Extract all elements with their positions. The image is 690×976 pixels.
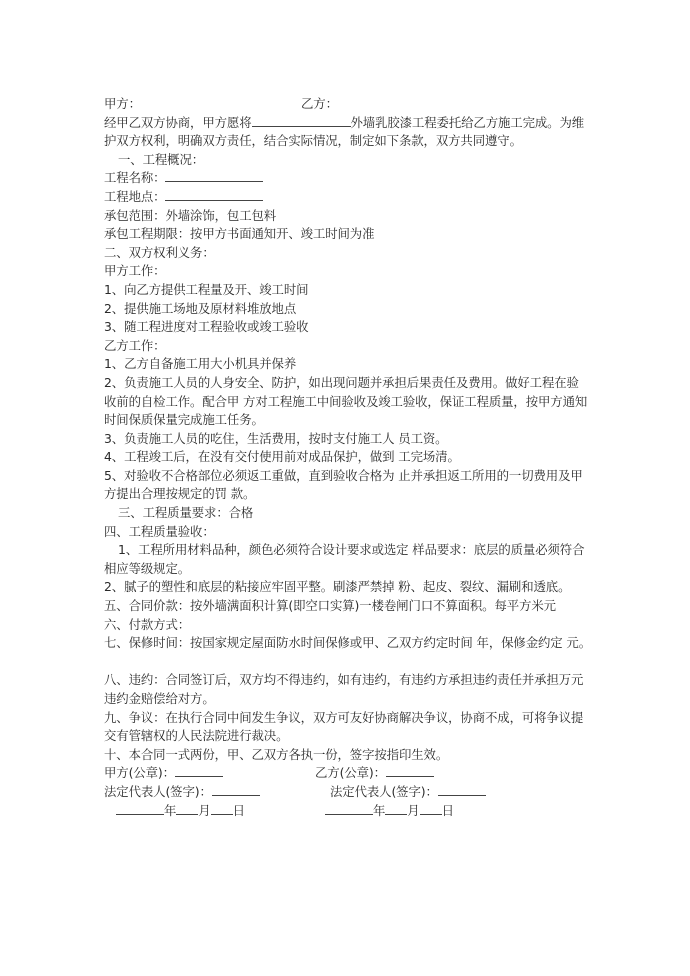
project-blank[interactable] [252, 114, 351, 127]
party-a-item: 1、向乙方提供工程量及开、竣工时间 [104, 281, 604, 300]
section-8-line: 八、违约：合同签订后，双方均不得违约，如有违约，有违约方承担违约责任并承担万元 [104, 671, 604, 690]
month-b-blank[interactable] [385, 802, 407, 815]
section-3-title: 三、工程质量要求：合格 [104, 504, 604, 523]
party-b-line: 2、负责施工人员的人身安全、防护，如出现问题并承担后果责任及费用。做好工程在验 [104, 374, 604, 393]
intro-line-2: 护双方权利，明确双方责任，结合实际情况，制定如下条款，双方共同遵守。 [104, 132, 604, 151]
party-b-seal-blank[interactable] [386, 764, 434, 777]
legal-rep-b-blank[interactable] [438, 783, 486, 796]
seal-row: 甲方(公章)： 乙方(公章)： [104, 764, 604, 783]
scope-line: 承包范围：外墙涂饰，包工包料 [104, 207, 604, 226]
project-location-row: 工程地点： [104, 188, 604, 207]
party-b-line: 4、工程竣工后，在没有交付使用前对成品保护，做到 工完场清。 [104, 448, 604, 467]
party-b-seal-label: 乙方(公章)： [315, 765, 386, 780]
year-b-blank[interactable] [325, 802, 373, 815]
section-9-line: 九、争议：在执行合同中间发生争议，双方可友好协商解决争议，协商不成，可将争议提 [104, 709, 604, 728]
party-a-seal-blank[interactable] [175, 764, 223, 777]
project-location-blank[interactable] [165, 188, 263, 201]
party-b-line: 3、负责施工人员的吃住，生活费用，按时支付施工人 员工资。 [104, 430, 604, 449]
intro-line-1: 经甲乙双方协商，甲方愿将外墙乳胶漆工程委托给乙方施工完成。为维 [104, 114, 604, 133]
party-b-label: 乙方： [301, 95, 338, 114]
contract-document: 甲方： 乙方： 经甲乙双方协商，甲方愿将外墙乳胶漆工程委托给乙方施工完成。为维 … [104, 95, 604, 820]
section-2-title: 二、双方权利义务： [104, 244, 604, 263]
party-a-item: 2、提供施工场地及原材料堆放地点 [104, 300, 604, 319]
intro-text: 经甲乙双方协商，甲方愿将 [104, 115, 252, 130]
party-b-line: 1、乙方自备施工用大小机具并保养 [104, 355, 604, 374]
project-name-row: 工程名称： [104, 169, 604, 188]
section-6: 六、付款方式： [104, 616, 604, 635]
party-b-line: 方提出合理按规定的罚 款。 [104, 485, 604, 504]
month-a-label: 月 [198, 803, 210, 818]
party-b-line: 收前的自检工作。配合甲 方对工程施工中间验收及竣工验收，保证工程质量，按甲方通知 [104, 393, 604, 412]
legal-rep-row: 法定代表人(签字)： 法定代表人(签字)： [104, 783, 604, 802]
party-b-line: 5、对验收不合格部位必须返工重做，直到验收合格为 止并承担返工所用的一切费用及甲 [104, 467, 604, 486]
project-location-label: 工程地点： [104, 189, 165, 204]
legal-rep-a-label: 法定代表人(签字)： [104, 784, 212, 799]
day-a-blank[interactable] [211, 802, 233, 815]
section-4-title: 四、工程质量验收： [104, 523, 604, 542]
section-7: 七、保修时间：按国家规定屋面防水时间保修或甲、乙双方约定时间 年，保修金约定 元… [104, 634, 604, 653]
section-1-title: 一、工程概况： [104, 151, 604, 170]
year-b-label: 年 [373, 803, 385, 818]
legal-rep-a-blank[interactable] [212, 783, 260, 796]
section-9-line: 交有管辖权的人民法院进行裁决。 [104, 727, 604, 746]
section-4-line: 1、工程所用材料品种，颜色必须符合设计要求或选定 样品要求：底层的质量必须符合 [104, 541, 604, 560]
section-10: 十、本合同一式两份，甲、乙双方各执一份，签字按指印生效。 [104, 746, 604, 765]
section-4-line: 相应等级规定。 [104, 560, 604, 579]
party-b-line: 时间保质保量完成施工任务。 [104, 411, 604, 430]
day-b-blank[interactable] [420, 802, 442, 815]
section-8-line: 违约金赔偿给对方。 [104, 690, 604, 709]
project-name-label: 工程名称： [104, 170, 165, 185]
section-5: 五、合同价款：按外墙满面积计算(即空口实算)一楼卷闸门口不算面积。每平方米元 [104, 597, 604, 616]
month-b-label: 月 [407, 803, 419, 818]
section-4-line: 2、腻子的塑性和底层的粘接应牢固平整。刷漆严禁掉 粉、起皮、裂纹、漏刷和透底。 [104, 578, 604, 597]
party-a-label: 甲方： [104, 96, 141, 111]
spacer [104, 653, 604, 672]
month-a-blank[interactable] [176, 802, 198, 815]
year-a-blank[interactable] [116, 802, 164, 815]
party-a-work-title: 甲方工作： [104, 262, 604, 281]
project-name-blank[interactable] [165, 169, 263, 182]
date-row: 年月日 年月日 [104, 802, 604, 821]
party-a-seal-label: 甲方(公章)： [104, 765, 175, 780]
period-line: 承包工程期限：按甲方书面通知开、竣工时间为准 [104, 225, 604, 244]
day-a-label: 日 [233, 803, 245, 818]
year-a-label: 年 [164, 803, 176, 818]
legal-rep-b-label: 法定代表人(签字)： [330, 784, 438, 799]
intro-text-cont: 外墙乳胶漆工程委托给乙方施工完成。为维 [351, 115, 585, 130]
day-b-label: 日 [442, 803, 454, 818]
parties-header: 甲方： 乙方： [104, 95, 604, 114]
party-b-work-title: 乙方工作： [104, 337, 604, 356]
party-a-item: 3、随工程进度对工程验收或竣工验收 [104, 318, 604, 337]
